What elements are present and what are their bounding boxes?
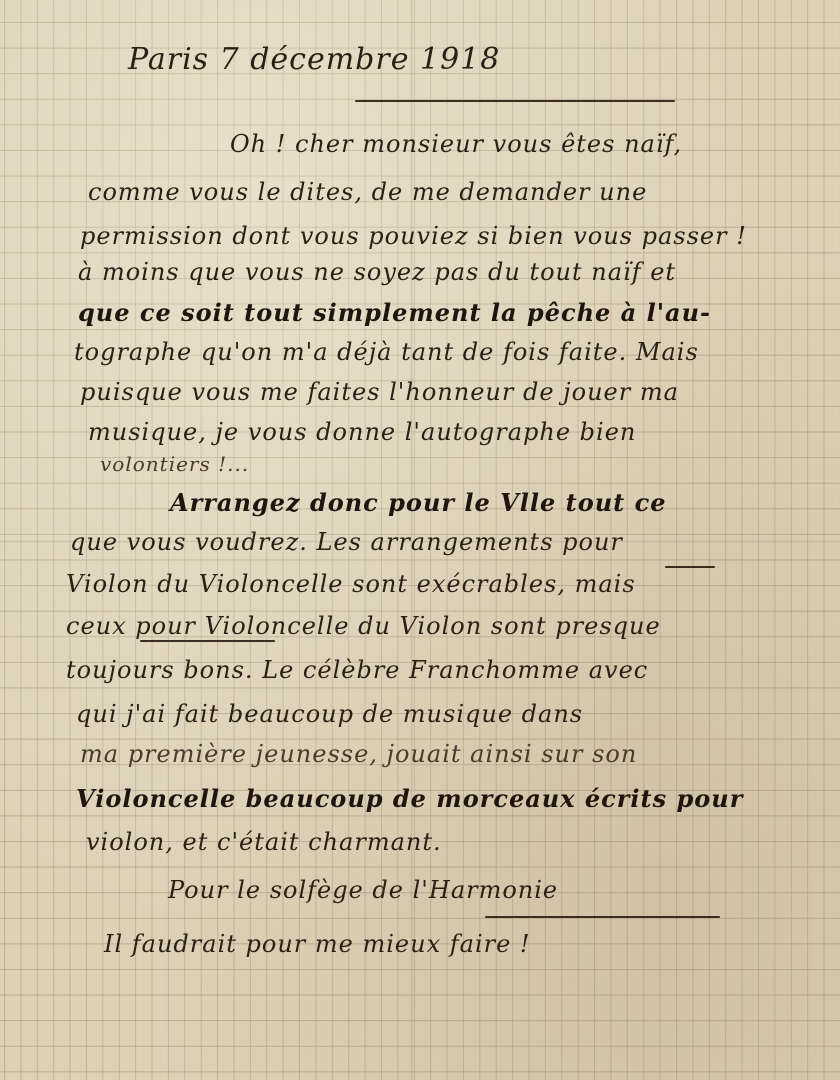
place-date-heading: Paris 7 décembre 1918	[128, 42, 500, 77]
letter-line-7: puisque vous me faites l'honneur de joue…	[80, 378, 679, 406]
letter-page: Paris 7 décembre 1918 Oh ! cher monsieur…	[0, 0, 840, 1080]
letter-line-2: comme vous le dites, de me demander une	[88, 178, 647, 206]
pour-underline	[665, 566, 715, 568]
letter-line-5: que ce soit tout simplement la pêche à l…	[78, 298, 711, 327]
letter-line-18: violon, et c'était charmant.	[86, 828, 442, 856]
letter-line-13: ceux pour Violoncelle du Violon sont pre…	[66, 612, 661, 640]
heading-underline	[355, 100, 675, 102]
letter-line-12: Violon du Violoncelle sont exécrables, m…	[66, 570, 636, 598]
closing-underline	[485, 916, 720, 918]
letter-line-6: tographe qu'on m'a déjà tant de fois fai…	[74, 338, 699, 366]
letter-line-9: volontiers !...	[100, 452, 249, 476]
letter-line-17: Violoncelle beaucoup de morceaux écrits …	[76, 784, 743, 813]
letter-line-11: que vous voudrez. Les arrangements pour	[70, 528, 623, 556]
closing-line: Pour le solfège de l'Harmonie	[168, 876, 558, 904]
letter-line-4: à moins que vous ne soyez pas du tout na…	[78, 258, 676, 286]
letter-line-3: permission dont vous pouviez si bien vou…	[80, 222, 747, 250]
letter-line-16: ma première jeunesse, jouait ainsi sur s…	[80, 740, 637, 768]
letter-line-15: qui j'ai fait beaucoup de musique dans	[76, 700, 583, 728]
letter-line-8: musique, je vous donne l'autographe bien	[88, 418, 636, 446]
letter-line-1: Oh ! cher monsieur vous êtes naïf,	[230, 130, 682, 158]
letter-line-14: toujours bons. Le célèbre Franchomme ave…	[66, 656, 648, 684]
letter-line-10: Arrangez donc pour le Vlle tout ce	[170, 488, 666, 517]
final-line: Il faudrait pour me mieux faire !	[104, 930, 531, 958]
violoncelle-underline	[140, 640, 275, 642]
